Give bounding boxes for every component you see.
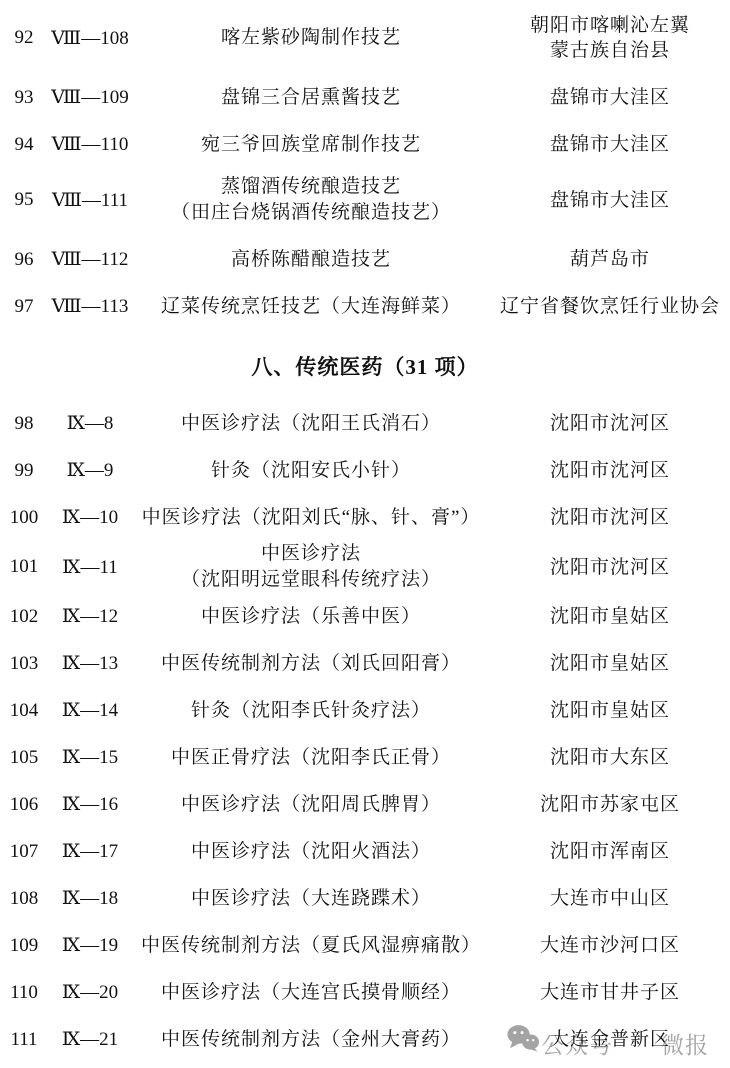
- item-region-line: 盘锦市大洼区: [490, 188, 730, 213]
- item-name-line: 中医诊疗法（沈阳刘氏“脉、针、膏”）: [132, 505, 490, 531]
- item-region-line: 沈阳市沈河区: [490, 555, 730, 580]
- table-row: 99 Ⅸ—9 针灸（沈阳安氏小针） 沈阳市沈河区: [0, 447, 730, 494]
- row-code: Ⅸ—16: [48, 793, 132, 816]
- item-name-line: 中医正骨疗法（沈阳李氏正骨）: [132, 745, 490, 771]
- table-row: 102 Ⅸ—12 中医诊疗法（乐善中医） 沈阳市皇姑区: [0, 593, 730, 640]
- table-row: 93 Ⅷ—109 盘锦三合居熏酱技艺 盘锦市大洼区: [0, 74, 730, 121]
- item-region-line: 沈阳市沈河区: [490, 458, 730, 483]
- table-row: 107 Ⅸ—17 中医诊疗法（沈阳火酒法） 沈阳市浑南区: [0, 828, 730, 875]
- item-name-line: 中医传统制剂方法（金州大膏药）: [132, 1027, 490, 1053]
- heritage-list-page: 92 Ⅷ—108 喀左紫砂陶制作技艺 朝阳市喀喇沁左翼蒙古族自治县 93 Ⅷ—1…: [0, 0, 730, 1068]
- table-row: 103 Ⅸ—13 中医传统制剂方法（刘氏回阳膏） 沈阳市皇姑区: [0, 640, 730, 687]
- item-name: 高桥陈醋酿造技艺: [132, 247, 490, 273]
- item-name-line: 针灸（沈阳李氏针灸疗法）: [132, 698, 490, 724]
- item-region-line: 盘锦市大洼区: [490, 85, 730, 110]
- item-region: 大连市沙河口区: [490, 933, 730, 958]
- row-code: Ⅸ—13: [48, 652, 132, 675]
- item-name: 蒸馏酒传统酿造技艺（田庄台烧锅酒传统酿造技艺）: [132, 174, 490, 226]
- item-name: 盘锦三合居熏酱技艺: [132, 85, 490, 111]
- table-row: 100 Ⅸ—10 中医诊疗法（沈阳刘氏“脉、针、膏”） 沈阳市沈河区: [0, 494, 730, 541]
- table-row: 97 Ⅷ—113 辽菜传统烹饪技艺（大连海鲜菜） 辽宁省餐饮烹饪行业协会: [0, 283, 730, 330]
- craft-section-table: 92 Ⅷ—108 喀左紫砂陶制作技艺 朝阳市喀喇沁左翼蒙古族自治县 93 Ⅷ—1…: [0, 8, 730, 330]
- item-region: 葫芦岛市: [490, 247, 730, 272]
- item-region-line: 葫芦岛市: [490, 247, 730, 272]
- item-region-line: 沈阳市皇姑区: [490, 651, 730, 676]
- row-code: Ⅸ—21: [48, 1028, 132, 1051]
- item-region-line: 蒙古族自治县: [490, 38, 730, 63]
- item-region-line: 沈阳市皇姑区: [490, 604, 730, 629]
- document-content: 92 Ⅷ—108 喀左紫砂陶制作技艺 朝阳市喀喇沁左翼蒙古族自治县 93 Ⅷ—1…: [0, 0, 730, 1063]
- item-region: 朝阳市喀喇沁左翼蒙古族自治县: [490, 13, 730, 63]
- row-code: Ⅷ—112: [48, 248, 132, 271]
- row-code: Ⅷ—110: [48, 133, 132, 156]
- row-number: 104: [0, 700, 48, 722]
- item-region-line: 沈阳市苏家屯区: [490, 792, 730, 817]
- item-name-line: 盘锦三合居熏酱技艺: [132, 85, 490, 111]
- item-name-line: 针灸（沈阳安氏小针）: [132, 458, 490, 484]
- item-name: 中医诊疗法（乐善中医）: [132, 604, 490, 630]
- item-region: 沈阳市沈河区: [490, 411, 730, 436]
- row-code: Ⅸ—11: [48, 556, 132, 579]
- item-name: 喀左紫砂陶制作技艺: [132, 25, 490, 51]
- item-region-line: 大连金普新区: [490, 1027, 730, 1052]
- item-region-line: 大连市中山区: [490, 886, 730, 911]
- row-code: Ⅸ—18: [48, 887, 132, 910]
- table-row: 108 Ⅸ—18 中医诊疗法（大连跷蹀术） 大连市中山区: [0, 875, 730, 922]
- item-region: 沈阳市大东区: [490, 745, 730, 770]
- table-row: 106 Ⅸ—16 中医诊疗法（沈阳周氏脾胃） 沈阳市苏家屯区: [0, 781, 730, 828]
- item-region: 沈阳市皇姑区: [490, 651, 730, 676]
- row-number: 103: [0, 653, 48, 675]
- item-name-line: 宛三爷回族堂席制作技艺: [132, 132, 490, 158]
- row-number: 94: [0, 134, 48, 156]
- item-name: 中医正骨疗法（沈阳李氏正骨）: [132, 745, 490, 771]
- item-name-line: （田庄台烧锅酒传统酿造技艺）: [132, 200, 490, 226]
- item-name-line: 中医诊疗法（沈阳火酒法）: [132, 839, 490, 865]
- item-region-line: 朝阳市喀喇沁左翼: [490, 13, 730, 38]
- item-region: 沈阳市沈河区: [490, 555, 730, 580]
- row-code: Ⅷ—113: [48, 295, 132, 318]
- section-header-traditional-medicine: 八、传统医药（31 项）: [0, 352, 730, 382]
- item-region: 辽宁省餐饮烹饪行业协会: [490, 294, 730, 319]
- item-region: 沈阳市皇姑区: [490, 698, 730, 723]
- item-region-line: 沈阳市沈河区: [490, 505, 730, 530]
- item-name-line: 中医诊疗法（沈阳周氏脾胃）: [132, 792, 490, 818]
- item-name: 中医传统制剂方法（夏氏风湿痹痛散）: [132, 933, 490, 959]
- row-number: 97: [0, 296, 48, 318]
- row-number: 92: [0, 27, 48, 49]
- row-number: 108: [0, 888, 48, 910]
- item-name: 中医诊疗法（沈阳王氏消石）: [132, 411, 490, 437]
- item-name: 中医诊疗法（沈阳明远堂眼科传统疗法）: [132, 541, 490, 593]
- table-row: 92 Ⅷ—108 喀左紫砂陶制作技艺 朝阳市喀喇沁左翼蒙古族自治县: [0, 8, 730, 68]
- item-region-line: 大连市甘井子区: [490, 980, 730, 1005]
- item-name: 中医传统制剂方法（金州大膏药）: [132, 1027, 490, 1053]
- item-name-line: 高桥陈醋酿造技艺: [132, 247, 490, 273]
- row-number: 109: [0, 935, 48, 957]
- item-name-line: 中医传统制剂方法（刘氏回阳膏）: [132, 651, 490, 677]
- item-region-line: 沈阳市浑南区: [490, 839, 730, 864]
- row-code: Ⅸ—17: [48, 840, 132, 863]
- item-region-line: 沈阳市大东区: [490, 745, 730, 770]
- row-number: 101: [0, 556, 48, 578]
- item-region-line: 盘锦市大洼区: [490, 132, 730, 157]
- row-code: Ⅸ—19: [48, 934, 132, 957]
- row-code: Ⅸ—20: [48, 981, 132, 1004]
- item-region: 盘锦市大洼区: [490, 132, 730, 157]
- item-name: 中医诊疗法（沈阳周氏脾胃）: [132, 792, 490, 818]
- item-region: 大连市甘井子区: [490, 980, 730, 1005]
- table-row: 94 Ⅷ—110 宛三爷回族堂席制作技艺 盘锦市大洼区: [0, 121, 730, 168]
- row-number: 98: [0, 413, 48, 435]
- table-row: 95 Ⅷ—111 蒸馏酒传统酿造技艺（田庄台烧锅酒传统酿造技艺） 盘锦市大洼区: [0, 170, 730, 230]
- table-row: 111 Ⅸ—21 中医传统制剂方法（金州大膏药） 大连金普新区: [0, 1016, 730, 1063]
- row-number: 96: [0, 249, 48, 271]
- table-row: 109 Ⅸ—19 中医传统制剂方法（夏氏风湿痹痛散） 大连市沙河口区: [0, 922, 730, 969]
- item-region: 沈阳市苏家屯区: [490, 792, 730, 817]
- table-row: 96 Ⅷ—112 高桥陈醋酿造技艺 葫芦岛市: [0, 236, 730, 283]
- item-region: 沈阳市沈河区: [490, 505, 730, 530]
- table-row: 101 Ⅸ—11 中医诊疗法（沈阳明远堂眼科传统疗法） 沈阳市沈河区: [0, 541, 730, 593]
- item-name: 中医传统制剂方法（刘氏回阳膏）: [132, 651, 490, 677]
- row-code: Ⅸ—15: [48, 746, 132, 769]
- row-code: Ⅸ—9: [48, 459, 132, 482]
- medicine-section-table: 98 Ⅸ—8 中医诊疗法（沈阳王氏消石） 沈阳市沈河区 99 Ⅸ—9 针灸（沈阳…: [0, 400, 730, 1063]
- item-name: 针灸（沈阳李氏针灸疗法）: [132, 698, 490, 724]
- item-name-line: 中医传统制剂方法（夏氏风湿痹痛散）: [132, 933, 490, 959]
- item-name: 针灸（沈阳安氏小针）: [132, 458, 490, 484]
- table-row: 110 Ⅸ—20 中医诊疗法（大连宫氏摸骨顺经） 大连市甘井子区: [0, 969, 730, 1016]
- table-row: 104 Ⅸ—14 针灸（沈阳李氏针灸疗法） 沈阳市皇姑区: [0, 687, 730, 734]
- item-region: 盘锦市大洼区: [490, 85, 730, 110]
- row-code: Ⅷ—108: [48, 27, 132, 50]
- item-region: 沈阳市浑南区: [490, 839, 730, 864]
- item-name-line: 辽菜传统烹饪技艺（大连海鲜菜）: [132, 294, 490, 320]
- item-name-line: 中医诊疗法: [132, 541, 490, 567]
- row-number: 99: [0, 460, 48, 482]
- row-number: 110: [0, 982, 48, 1004]
- table-row: 98 Ⅸ—8 中医诊疗法（沈阳王氏消石） 沈阳市沈河区: [0, 400, 730, 447]
- item-name: 中医诊疗法（沈阳刘氏“脉、针、膏”）: [132, 505, 490, 531]
- row-code: Ⅷ—111: [48, 189, 132, 212]
- row-number: 100: [0, 507, 48, 529]
- item-region: 盘锦市大洼区: [490, 188, 730, 213]
- table-row: 105 Ⅸ—15 中医正骨疗法（沈阳李氏正骨） 沈阳市大东区: [0, 734, 730, 781]
- item-region: 沈阳市皇姑区: [490, 604, 730, 629]
- row-code: Ⅸ—8: [48, 412, 132, 435]
- item-name: 中医诊疗法（大连宫氏摸骨顺经）: [132, 980, 490, 1006]
- item-name-line: 中医诊疗法（大连宫氏摸骨顺经）: [132, 980, 490, 1006]
- item-name-line: （沈阳明远堂眼科传统疗法）: [132, 567, 490, 593]
- row-number: 93: [0, 87, 48, 109]
- row-code: Ⅸ—10: [48, 506, 132, 529]
- item-name-line: 喀左紫砂陶制作技艺: [132, 25, 490, 51]
- item-region-line: 辽宁省餐饮烹饪行业协会: [490, 294, 730, 319]
- row-code: Ⅷ—109: [48, 86, 132, 109]
- item-name-line: 中医诊疗法（沈阳王氏消石）: [132, 411, 490, 437]
- row-number: 105: [0, 747, 48, 769]
- item-name: 辽菜传统烹饪技艺（大连海鲜菜）: [132, 294, 490, 320]
- row-number: 106: [0, 794, 48, 816]
- item-name: 宛三爷回族堂席制作技艺: [132, 132, 490, 158]
- item-region: 沈阳市沈河区: [490, 458, 730, 483]
- item-name: 中医诊疗法（大连跷蹀术）: [132, 886, 490, 912]
- item-region: 大连金普新区: [490, 1027, 730, 1052]
- row-number: 107: [0, 841, 48, 863]
- item-name-line: 中医诊疗法（乐善中医）: [132, 604, 490, 630]
- item-name-line: 蒸馏酒传统酿造技艺: [132, 174, 490, 200]
- row-number: 111: [0, 1029, 48, 1051]
- row-number: 102: [0, 606, 48, 628]
- item-name-line: 中医诊疗法（大连跷蹀术）: [132, 886, 490, 912]
- item-name: 中医诊疗法（沈阳火酒法）: [132, 839, 490, 865]
- item-region-line: 沈阳市皇姑区: [490, 698, 730, 723]
- row-number: 95: [0, 189, 48, 211]
- item-region-line: 沈阳市沈河区: [490, 411, 730, 436]
- item-region-line: 大连市沙河口区: [490, 933, 730, 958]
- item-region: 大连市中山区: [490, 886, 730, 911]
- row-code: Ⅸ—14: [48, 699, 132, 722]
- row-code: Ⅸ—12: [48, 605, 132, 628]
